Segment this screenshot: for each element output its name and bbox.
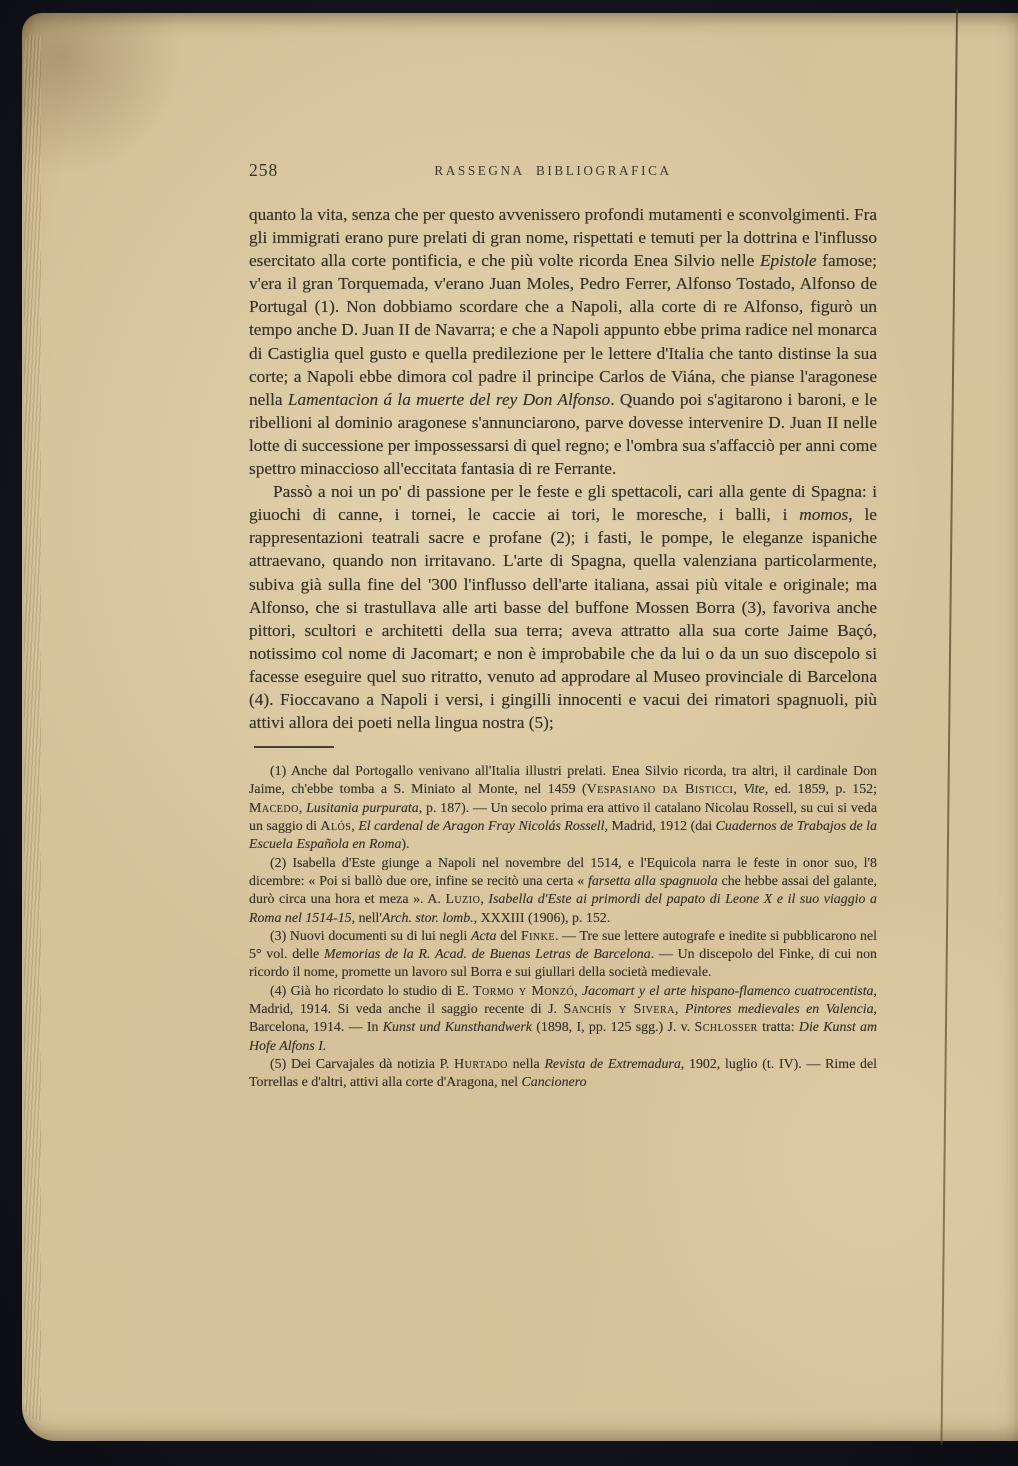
footnote: (1) Anche dal Portogallo venivano all'It… <box>249 763 877 854</box>
gutter-crease <box>940 9 957 1445</box>
footnote: (4) Già ho ricordato lo studio di E. Tor… <box>249 983 877 1056</box>
body-text: quanto la vita, senza che per questo avv… <box>249 203 877 734</box>
footnotes-block: (1) Anche dal Portogallo venivano all'It… <box>249 763 877 1092</box>
photo-background: { "page": { "number": "258", "running_he… <box>0 0 1018 1466</box>
book-page: 258 RASSEGNA BIBLIOGRAFICA quanto la vit… <box>22 13 1018 1441</box>
body-paragraph: Passò a noi un po' di passione per le fe… <box>249 480 877 734</box>
body-paragraph: quanto la vita, senza che per questo avv… <box>249 203 877 480</box>
page-header: 258 RASSEGNA BIBLIOGRAFICA <box>249 160 877 182</box>
running-header: RASSEGNA BIBLIOGRAFICA <box>239 160 867 179</box>
footnote: (5) Dei Carvajales dà notizia P. Hurtado… <box>249 1056 877 1093</box>
text-column: 258 RASSEGNA BIBLIOGRAFICA quanto la vit… <box>249 160 877 1093</box>
footnote: (3) Nuovi documenti su di lui negli Acta… <box>249 928 877 983</box>
footnote: (2) Isabella d'Este giunge a Napoli nel … <box>249 855 877 928</box>
page-stack-edge <box>24 35 41 1421</box>
footnote-separator <box>254 746 334 748</box>
